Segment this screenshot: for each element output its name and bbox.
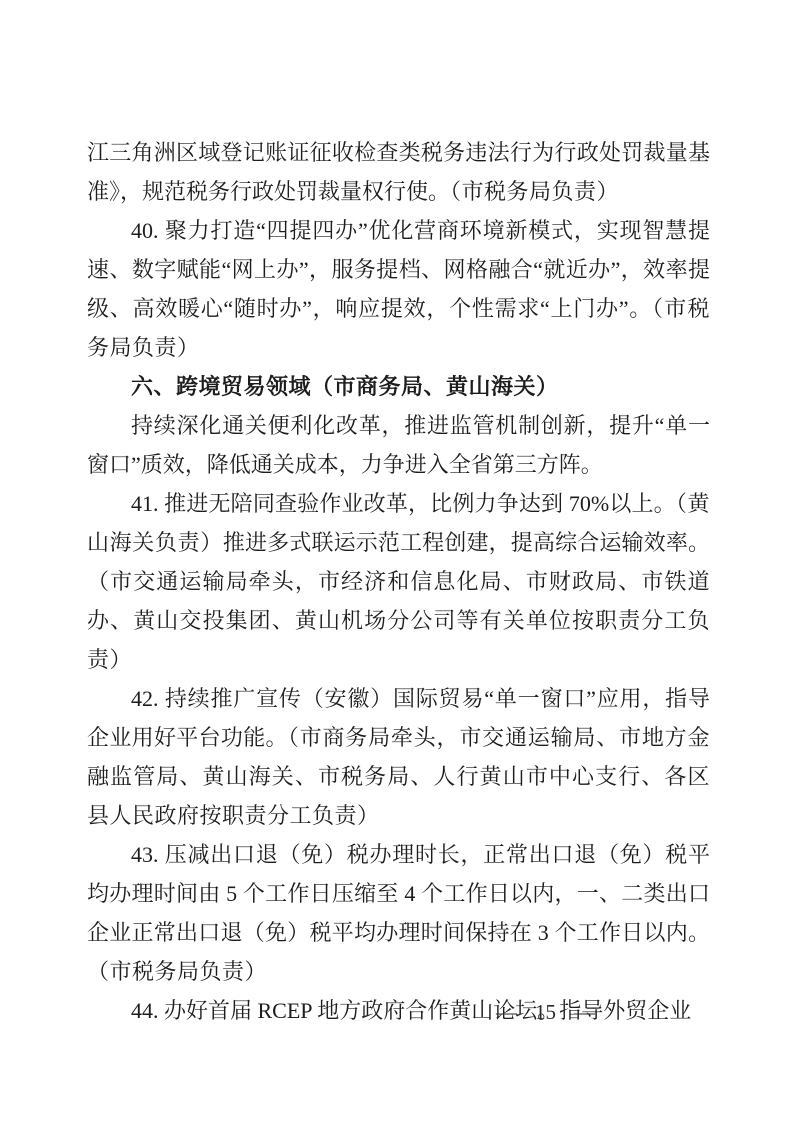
- body-text: 41. 推进无陪同查验作业改革，比例力争达到 70%以上。: [131, 491, 676, 516]
- footer-right-dash: —: [574, 1000, 595, 1025]
- section-heading-text: 六、跨境贸易领域（市商务局、黄山海关）: [131, 374, 559, 399]
- responsible-unit-text: （市交通运输局牵头，市经济和信息化局、市财政局、市铁道办、黄山交投集团、黄山机场…: [87, 569, 710, 672]
- paragraph-item-40: 40. 聚力打造“四提四办”优化营商环境新模式，实现智慧提速、数字赋能“网上办”…: [87, 211, 710, 367]
- section-heading: 六、跨境贸易领域（市商务局、黄山海关）: [87, 367, 710, 406]
- paragraph-continuation: 江三角洲区域登记账证征收检查类税务违法行为行政处罚裁量基准》，规范税务行政处罚裁…: [87, 133, 710, 211]
- page-number: 15: [535, 1000, 556, 1025]
- body-text: 推进多式联运示范工程创建，提高综合运输效率。: [223, 530, 710, 555]
- responsible-unit-text: （市税务局负责）: [450, 179, 619, 204]
- document-body: 江三角洲区域登记账证征收检查类税务违法行为行政处罚裁量基准》，规范税务行政处罚裁…: [87, 133, 710, 1030]
- document-page: 江三角洲区域登记账证征收检查类税务违法行为行政处罚裁量基准》，规范税务行政处罚裁…: [0, 0, 793, 1122]
- body-text: 40. 聚力打造“四提四办”优化营商环境新模式，实现智慧提速、数字赋能“网上办”…: [87, 218, 710, 321]
- paragraph-item-43: 43. 压减出口退（免）税办理时长，正常出口退（免）税平均办理时间由 5 个工作…: [87, 835, 710, 991]
- paragraph-item-41: 41. 推进无陪同查验作业改革，比例力争达到 70%以上。（黄山海关负责）推进多…: [87, 484, 710, 679]
- body-text: 持续深化通关便利化改革，推进监管机制创新，提升“单一窗口”质效，降低通关成本，力…: [87, 413, 710, 477]
- page-footer: — 15 —: [0, 1000, 713, 1025]
- body-text: 43. 压减出口退（免）税办理时长，正常出口退（免）税平均办理时间由 5 个工作…: [87, 842, 710, 945]
- footer-left-dash: —: [496, 1000, 517, 1025]
- paragraph-section-intro: 持续深化通关便利化改革，推进监管机制创新，提升“单一窗口”质效，降低通关成本，力…: [87, 406, 710, 484]
- responsible-unit-text: （市税务局负责）: [87, 959, 267, 984]
- paragraph-item-42: 42. 持续推广宣传（安徽）国际贸易“单一窗口”应用，指导企业用好平台功能。（市…: [87, 679, 710, 835]
